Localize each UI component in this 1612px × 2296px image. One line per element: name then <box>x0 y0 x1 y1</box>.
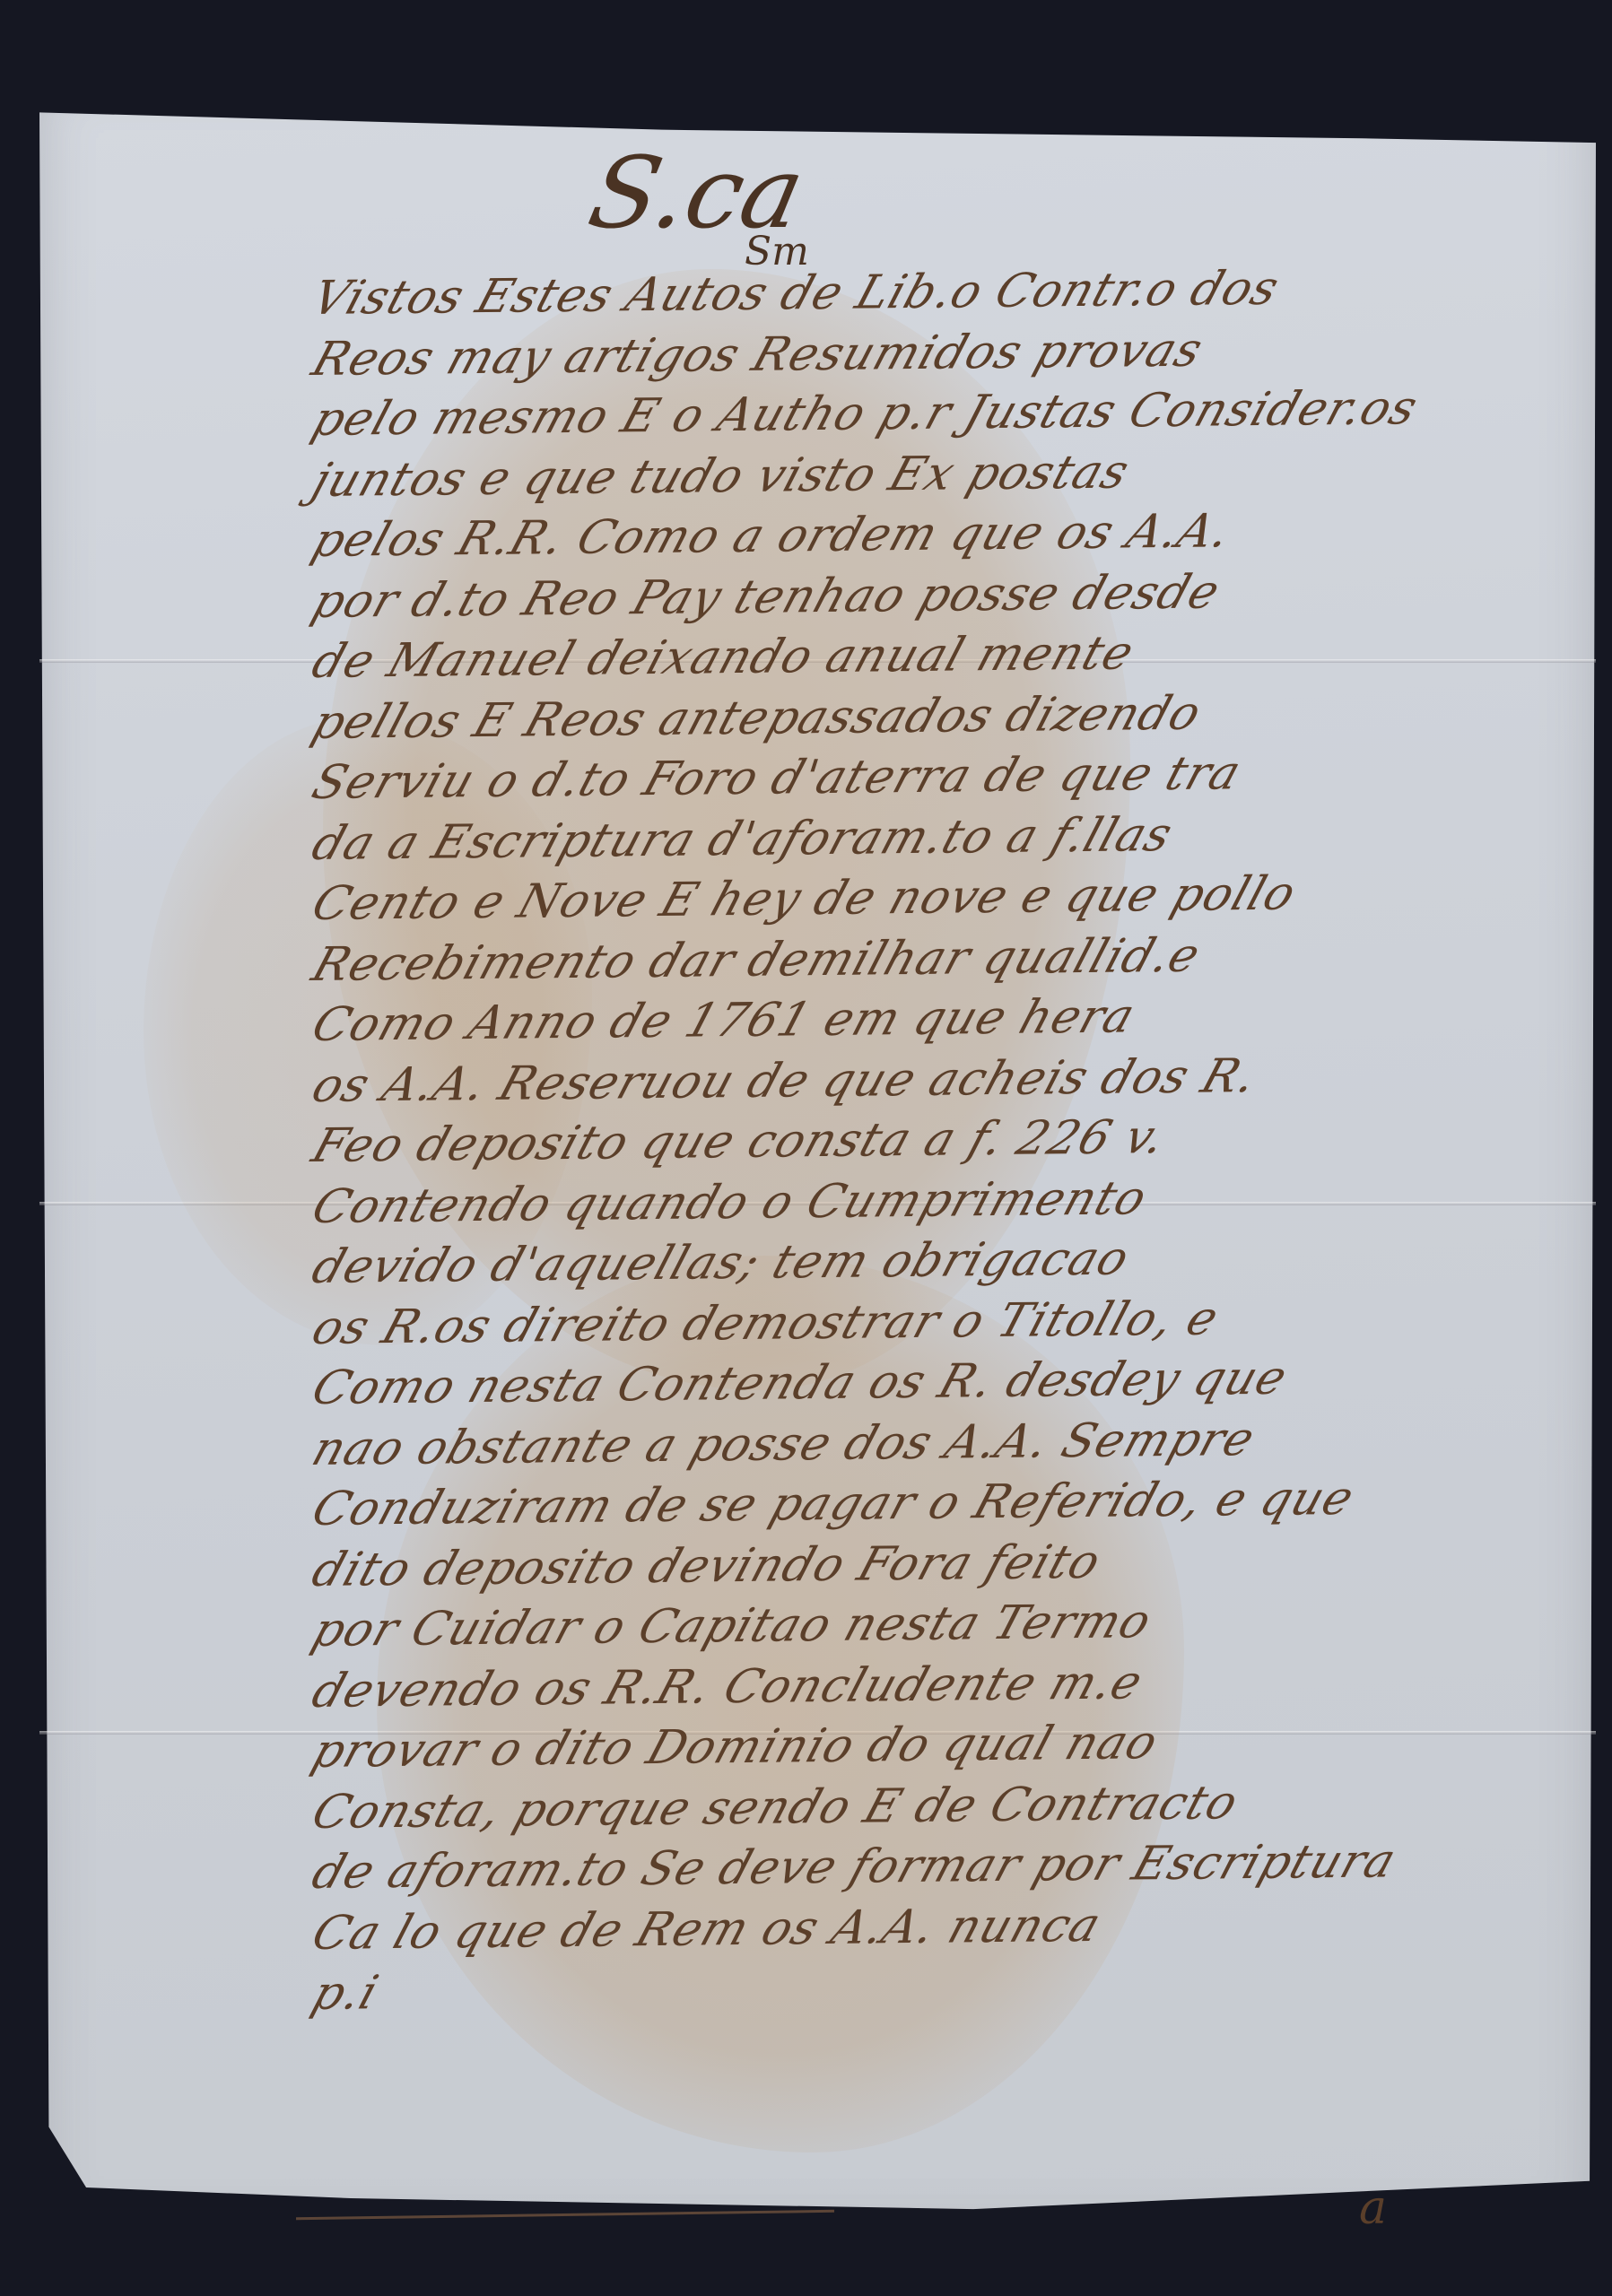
signature-underline <box>296 2210 834 2220</box>
photo-stage: S.ca Sm Vistos Estes Autos de Lib.o Cont… <box>0 0 1612 2296</box>
manuscript-text: Vistos Estes Autos de Lib.o Contr.o dos … <box>314 269 1552 2025</box>
manuscript-line: p.i <box>304 1952 1565 2025</box>
catchword-mark: a <box>1359 2181 1387 2235</box>
heading-monogram: S.ca <box>581 143 812 242</box>
